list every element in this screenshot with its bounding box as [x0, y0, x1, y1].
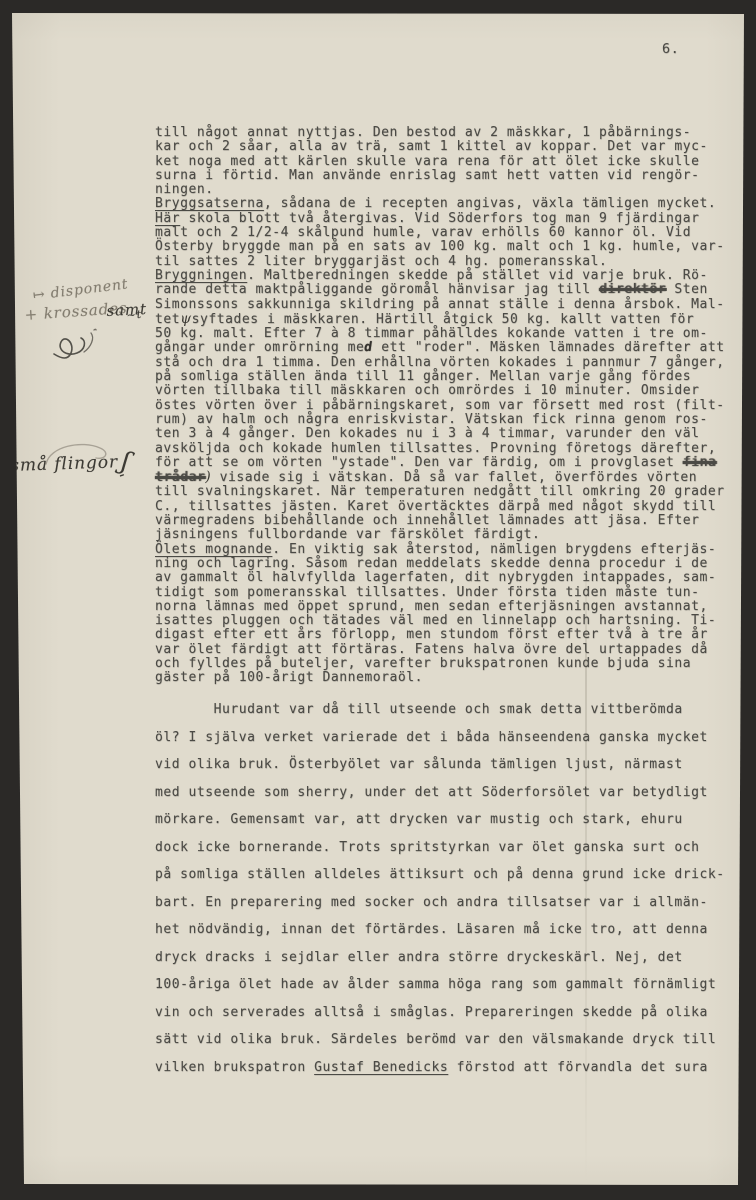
typed-line: dock icke bornerande. Trots spritstyrkan…: [155, 834, 730, 862]
typed-line: gäster på 100-årigt Dannemoraöl.: [155, 671, 730, 685]
typed-line: kar och 2 såar, alla av trä, samt 1 kitt…: [155, 140, 730, 154]
page-number: 6.: [662, 41, 679, 57]
typed-line: sätt vid olika bruk. Särdeles berömd var…: [155, 1026, 730, 1054]
typed-line: ket noga med att kärlen skulle vara rena…: [155, 155, 730, 169]
document-page: 6. till något annat nyttjas. Den bestod …: [0, 0, 756, 1200]
typed-line: med utseende som sherry, under det att S…: [155, 779, 730, 807]
typed-line: var ölet färdigt att förtäras. Fatens ha…: [155, 643, 730, 657]
typed-line: C., tillsattes jästen. Karet övertäcktes…: [155, 500, 730, 514]
typed-line: norna lämnas med öppet sprund, men sedan…: [155, 600, 730, 614]
typed-line: avsköljda och kokade humlen tillsattes. …: [155, 442, 730, 456]
typed-line: på somliga ställen alldeles ättiksurt oc…: [155, 861, 730, 889]
typed-line: bart. En preparering med socker och andr…: [155, 889, 730, 917]
typed-line: til sattes 2 liter bryggarjäst och 4 hg.…: [155, 255, 730, 269]
typed-line: tetψsyftades i mäskkaren. Härtill åtgick…: [155, 312, 730, 327]
typed-line: jäsningens fullbordande var färskölet fä…: [155, 528, 730, 542]
typed-line: vörten tillbaka till mäskkaren och omrör…: [155, 384, 730, 398]
scribble-mark: [50, 322, 112, 366]
typed-line: till svalningskaret. När temperaturen ne…: [155, 485, 730, 499]
typed-line: dryck dracks i sejdlar eller andra störr…: [155, 944, 730, 972]
typed-section-spaced: Hurudant var då till utseende och smak d…: [155, 696, 730, 1081]
typed-line: östes vörten över i påbärningskaret, som…: [155, 399, 730, 413]
typed-line: Här skola blott två återgivas. Vid Söder…: [155, 212, 730, 226]
typed-line: 100-åriga ölet hade av ålder samma höga …: [155, 971, 730, 999]
typed-line: Bryggsatserna, sådana de i recepten angi…: [155, 197, 730, 211]
margin-annotation: ~t: [126, 308, 143, 322]
typed-line: Ölets mognande. En viktig sak återstod, …: [155, 543, 730, 557]
typed-line: öl? I själva verket varierade det i båda…: [155, 724, 730, 752]
typed-section-dense: till något annat nyttjas. Den bestod av …: [155, 126, 730, 686]
typed-line: vin och serverades alltså i småglas. Pre…: [155, 999, 730, 1027]
typed-line: Hurudant var då till utseende och smak d…: [155, 696, 730, 724]
typed-line: digast efter ett års förlopp, men stundo…: [155, 628, 730, 642]
typed-line: het nödvändig, innan det förtärdes. Läsa…: [155, 916, 730, 944]
typed-line: för att se om vörten "ystade". Den var f…: [155, 456, 730, 470]
typed-line: på somliga ställen ända till 11 gånger. …: [155, 370, 730, 384]
typed-line: stå och dra 1 timma. Den erhållna vörten…: [155, 356, 730, 370]
scan-background: 6. till något annat nyttjas. Den bestod …: [0, 0, 756, 1200]
typed-line: Österby bryggde man på en sats av 100 kg…: [155, 240, 730, 254]
typed-line: surna i förtid. Man använde enrislag sam…: [155, 169, 730, 183]
typed-line: vilken brukspatron Gustaf Benedicks förs…: [155, 1054, 730, 1082]
typed-line: vid olika bruk. Österbyölet var sålunda …: [155, 751, 730, 779]
typed-line: av gammalt öl halvfyllda lagerfaten, dit…: [155, 571, 730, 585]
typed-line: gångar under omrörning med ett "roder". …: [155, 341, 730, 355]
typed-line: ten 3 à 4 gånger. Den kokades nu i 3 à 4…: [155, 427, 730, 441]
typed-line: ning och lagring. Såsom redan meddelats …: [155, 557, 730, 571]
typed-line: värmegradens bibehållande och innehållet…: [155, 514, 730, 528]
margin-annotation: små flingor: [10, 452, 118, 476]
typed-line: mörkare. Gemensamt var, att drycken var …: [155, 806, 730, 834]
typed-line: tidigt som pomeransskal tillsattes. Unde…: [155, 586, 730, 600]
typed-line: Simonssons sakkunniga skildring på annat…: [155, 298, 730, 312]
typed-line: rande detta maktpåliggande göromål hänvi…: [155, 283, 730, 297]
